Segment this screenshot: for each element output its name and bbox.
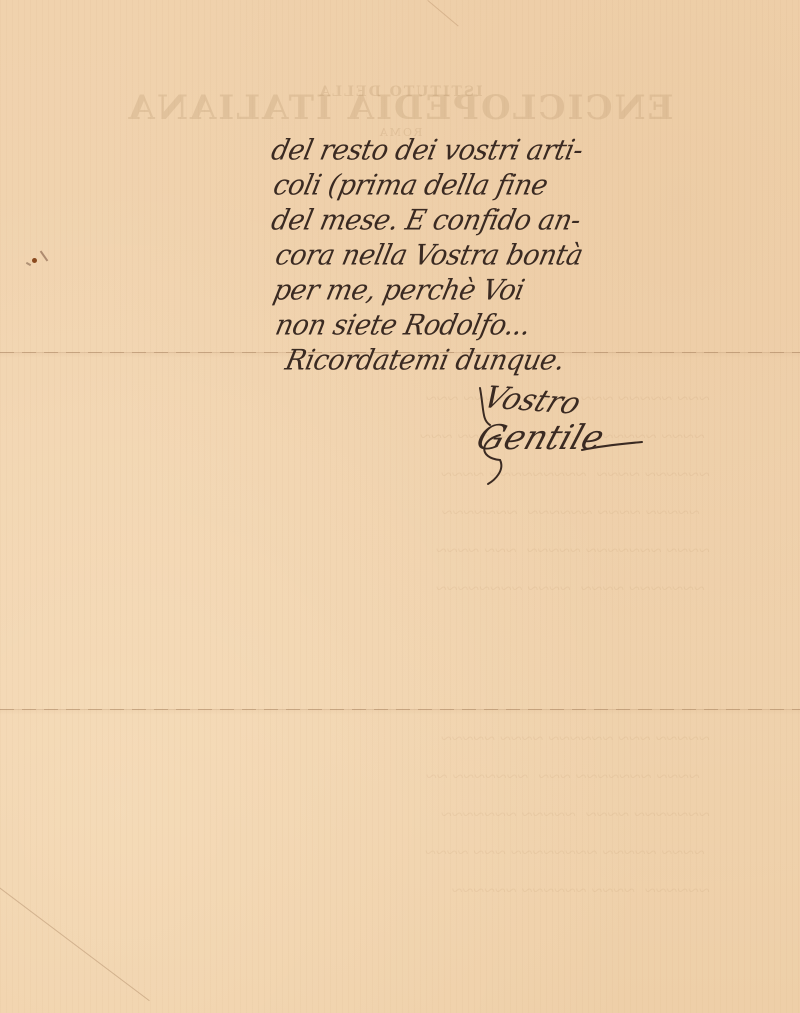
fold-line-lower: [0, 709, 800, 710]
letter-page: ISTITUTO DELLA ENCICLOPEDIA ITALIANA ROM…: [0, 0, 800, 1013]
letterhead-title: ENCICLOPEDIA ITALIANA: [0, 88, 800, 128]
body-line-7: Ricordatemi dunque.: [282, 342, 676, 379]
top-crease: [427, 0, 458, 26]
ink-stain-mark: [40, 251, 49, 262]
body-line-1: del resto dei vostri arti-: [268, 132, 676, 169]
body-line-4: cora nella Vostra bontà: [272, 237, 676, 274]
body-line-5: per me, perchè Voi: [270, 272, 676, 309]
signature-flourish: [470, 380, 650, 490]
body-line-3: del mese. E confido an-: [268, 202, 676, 239]
ink-stain-mark-small: [26, 262, 31, 266]
bleed-through-text-lower: ~~~~~ ~~~ ~~~~~~ ~~~~ ~~~~~ ~~~~ ~~~~~~~…: [110, 720, 710, 910]
body-line-2: coli (prima della fine: [270, 167, 676, 204]
ink-stain: [32, 258, 37, 263]
letter-body: del resto dei vostri arti- coli (prima d…: [268, 134, 668, 379]
body-line-6: non siete Rodolfo...: [272, 307, 676, 344]
